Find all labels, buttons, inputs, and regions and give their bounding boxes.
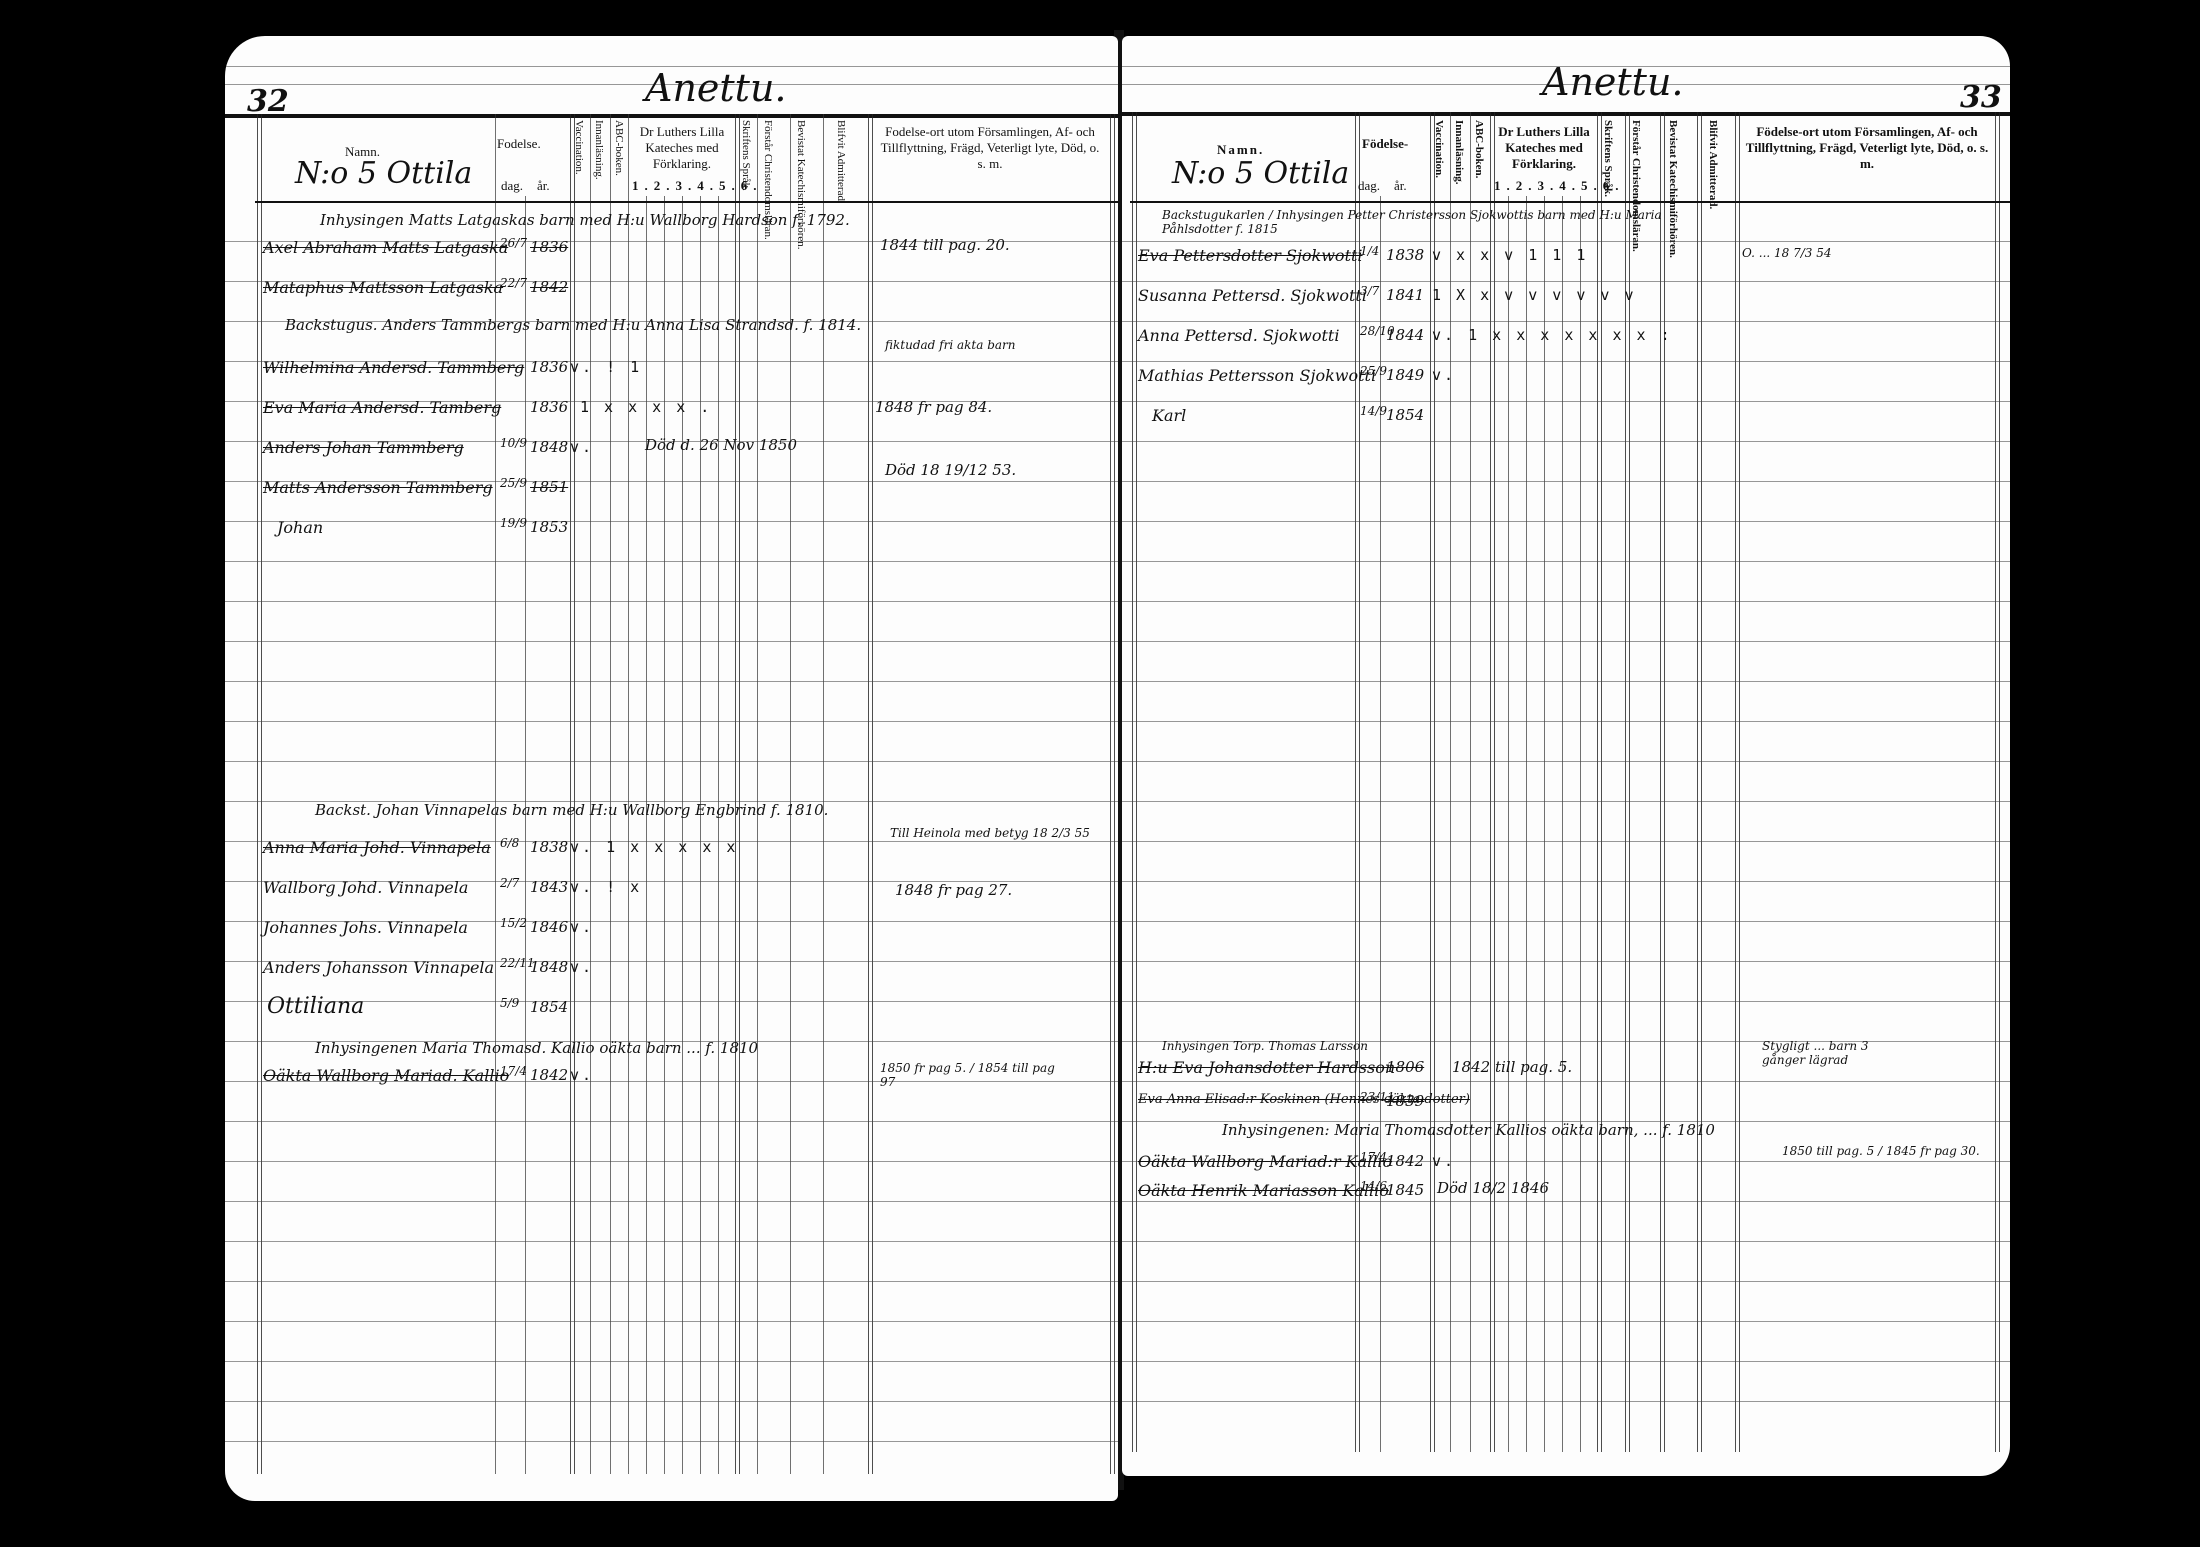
rule (225, 1161, 1118, 1162)
rule (1122, 1241, 2010, 1242)
rule (1122, 1401, 2010, 1402)
header-blifvit: Blifvit Admitterad. (835, 120, 846, 200)
col-divider (1580, 196, 1581, 1452)
parish-title: Anettu. (645, 66, 787, 110)
birth-day: 26/7 (500, 236, 527, 250)
col-divider (1544, 196, 1545, 1452)
birth-year: 1842 (530, 278, 568, 296)
exam-marks: v. ! x (570, 878, 642, 896)
rule (1122, 1081, 2010, 1082)
row-note: 1842 till pag. 5. (1452, 1058, 1572, 1076)
rule (1122, 881, 2010, 882)
col-divider (1132, 112, 1137, 1452)
rule (225, 1201, 1118, 1202)
person-name: Oäkta Wallborg Mariad:r Kallio (1138, 1152, 1392, 1171)
exam-marks: v. ! 1 (570, 358, 642, 376)
header-fodelseort: Fodelse-ort utom Församlingen, Af- och T… (875, 124, 1105, 172)
rule (1122, 1281, 2010, 1282)
household-heading: Backst. Johan Vinnapelas barn med H:u Wa… (315, 801, 828, 819)
rule (225, 721, 1118, 722)
header-skriftens: Skriftens Språk. (1602, 120, 1613, 200)
col-divider (1430, 112, 1435, 1452)
household-note: Stygligt ... barn 3 gånger lägrad (1762, 1039, 1892, 1067)
rule (225, 681, 1118, 682)
rule (1122, 681, 2010, 682)
rule (225, 1321, 1118, 1322)
col-divider (700, 196, 701, 1474)
birth-year: 1842 (530, 1066, 568, 1084)
rule (1122, 1001, 2010, 1002)
header-fodelse: Fodelse. (497, 136, 541, 152)
left-register-page: 32 Anettu. Namn. Fodelse. dag. år. Vacci… (225, 36, 1118, 1501)
row-note: Död 18 19/12 53. (885, 461, 1016, 479)
rule (1122, 561, 2010, 562)
person-name: Wallborg Johd. Vinnapela (263, 878, 468, 897)
rule (1122, 361, 2010, 362)
birth-day: 22/7 (500, 276, 527, 290)
rule (1122, 1321, 2010, 1322)
header-dag: dag. (1358, 178, 1380, 194)
col-divider (1380, 196, 1381, 1452)
header-bevistat: Bevistat Katechismiförhören. (795, 120, 806, 200)
household-heading: Backstugukarlen / Inhysingen Petter Chri… (1162, 208, 1722, 236)
rule (225, 1121, 1118, 1122)
person-name: Mathias Pettersson Sjokwotti (1138, 366, 1376, 385)
header-vaccination: Vaccination. (1433, 120, 1444, 200)
header-forstar: Förstår Christendomsläran. (762, 120, 773, 200)
header-luther: Dr Luthers Lilla Kateches med Förklaring… (1492, 124, 1596, 172)
exam-marks: v. (1432, 1152, 1456, 1170)
birth-year: 1846 (530, 918, 568, 936)
col-divider (664, 196, 665, 1474)
person-name: Susanna Pettersd. Sjokwotti (1138, 286, 1367, 305)
person-name: Oäkta Wallborg Mariad. Kallio (263, 1066, 509, 1085)
birth-year: 1845 (1386, 1181, 1424, 1199)
birth-day: 3/7 (1360, 284, 1379, 298)
person-name: Johan (277, 518, 323, 537)
birth-year: 1849 (1386, 366, 1424, 384)
header-luther: Dr Luthers Lilla Kateches med Förklaring… (630, 124, 734, 172)
person-name: Anna Maria Johd. Vinnapela (263, 838, 491, 857)
exam-marks: v. (570, 1066, 594, 1084)
header-bevistat: Bevistat Katechismiförhören. (1667, 120, 1678, 200)
parish-title: Anettu. (1542, 60, 1684, 104)
person-name: Mataphus Mattsson Latgaska (263, 278, 503, 297)
rule (225, 601, 1118, 602)
birth-year: 1848 (530, 958, 568, 976)
col-divider (1625, 112, 1630, 1452)
col-divider (1562, 196, 1563, 1452)
household-note: 1850 fr pag 5. / 1854 till pag 97 (880, 1061, 1060, 1089)
rule (225, 1281, 1118, 1282)
birth-day: 14/6 (1360, 1179, 1387, 1193)
exam-marks: v. (1432, 366, 1456, 384)
person-name: Anders Johan Tammberg (263, 438, 464, 457)
right-register-page: Anettu. 33 Namn. Födelse- dag. år. Vacci… (1122, 36, 2010, 1476)
rule (225, 1401, 1118, 1402)
col-divider (1526, 196, 1527, 1452)
birth-year: 1838 (530, 838, 568, 856)
household-note: 1850 till pag. 5 / 1845 fr pag 30. (1782, 1144, 1982, 1158)
birth-year: 1839 (1386, 1092, 1424, 1110)
birth-year: 1836 (530, 398, 568, 416)
person-name: Wilhelmina Andersd. Tammberg (263, 358, 524, 377)
exam-marks: 1 X x v v v v v v (1432, 286, 1637, 304)
row-note: Död d. 26 Nov 1850 (645, 436, 797, 454)
rule (225, 1241, 1118, 1242)
exam-marks: v. (570, 958, 594, 976)
col-divider (1355, 112, 1360, 1452)
row-note: Död 18/2 1846 (1437, 1179, 1549, 1197)
header-blifvit: Blifvit Admitterad. (1707, 120, 1718, 200)
row-note: O. ... 18 7/3 54 (1742, 246, 1832, 260)
col-divider (1660, 112, 1665, 1452)
birth-day: 25/9 (1360, 364, 1387, 378)
birth-day: 1/4 (1360, 244, 1379, 258)
rule (1122, 801, 2010, 802)
col-divider (1597, 112, 1602, 1452)
header-fodelseort: Födelse-ort utom Församlingen, Af- och T… (1742, 124, 1992, 172)
exam-marks: 1 x x x x . (580, 398, 712, 416)
rule (1122, 401, 2010, 402)
header-skriftens: Skriftens Språk. (740, 120, 751, 200)
birth-day: 17/4 (1360, 1150, 1387, 1164)
header-abc: ABC-boken. (1473, 120, 1484, 200)
household-heading: Inhysingen Matts Latgaskas barn med H:u … (320, 211, 850, 229)
header-innanlasning: Innanläsning. (593, 120, 604, 200)
exam-marks: v. 1 x x x x x (570, 838, 738, 856)
birth-year: 1851 (530, 478, 568, 496)
birth-day: 10/9 (500, 436, 527, 450)
header-abc: ABC-boken. (613, 120, 624, 200)
header-bottom-rule (1130, 201, 2010, 203)
col-divider (1110, 114, 1115, 1474)
col-divider (257, 114, 262, 1474)
rule (225, 1441, 1118, 1442)
person-name: H:u Eva Johansdotter Hardsson (1138, 1058, 1395, 1077)
page-number: 33 (1960, 80, 2002, 115)
farm-name: N:o 5 Ottila (1172, 156, 1349, 191)
rule (1122, 961, 2010, 962)
person-name: Axel Abraham Matts Latgaska (263, 238, 508, 257)
birth-year: 1806 (1386, 1058, 1424, 1076)
rule (1122, 721, 2010, 722)
rule (1122, 441, 2010, 442)
person-name: Anders Johansson Vinnapela (263, 958, 494, 977)
birth-year: 1843 (530, 878, 568, 896)
header-ar: år. (537, 178, 550, 194)
farm-name: N:o 5 Ottila (295, 156, 472, 191)
header-top-rule (225, 114, 1118, 118)
rule (1122, 281, 2010, 282)
birth-year: 1838 (1386, 246, 1424, 264)
household-heading: Inhysingenen: Maria Thomasdotter Kallios… (1222, 1121, 1715, 1139)
birth-day: 15/2 (500, 916, 527, 930)
col-divider (525, 196, 526, 1474)
birth-year: 1853 (530, 518, 568, 536)
household-note: 1844 till pag. 20. (880, 236, 1010, 254)
col-divider (1490, 112, 1495, 1452)
header-dag: dag. (501, 178, 523, 194)
birth-day: 6/8 (500, 836, 519, 850)
col-divider (646, 196, 647, 1474)
birth-year: 1841 (1386, 286, 1424, 304)
household-note: fiktudad fri akta barn (885, 338, 1016, 352)
household-heading: Backstugus. Anders Tammbergs barn med H:… (285, 316, 861, 334)
col-divider (1697, 112, 1702, 1452)
col-divider (1995, 112, 2000, 1452)
rule (1122, 641, 2010, 642)
birth-year: 1848 (530, 438, 568, 456)
birth-year: 1844 (1386, 326, 1424, 344)
rule (1122, 601, 2010, 602)
exam-marks: v. (570, 918, 594, 936)
rule (1122, 481, 2010, 482)
rule (1122, 1361, 2010, 1362)
header-bottom-rule (255, 201, 1118, 203)
rule (225, 561, 1118, 562)
header-fodelse: Födelse- (1362, 136, 1408, 152)
person-name: Anna Pettersd. Sjokwotti (1138, 326, 1339, 345)
rule (1122, 761, 2010, 762)
household-heading: Inhysingenen Maria Thomasd. Kallio oäkta… (315, 1039, 758, 1057)
col-divider (1450, 112, 1451, 1452)
exam-marks: v. 1 x x x x x x x : (1432, 326, 1673, 344)
row-note: 1848 fr pag 27. (895, 881, 1012, 899)
col-divider (682, 196, 683, 1474)
rule (225, 761, 1118, 762)
row-note: 1848 fr pag 84. (875, 398, 992, 416)
person-name: Ottiliana (267, 994, 364, 1019)
col-divider (1508, 196, 1509, 1452)
person-name: Eva Maria Andersd. Tamberg (263, 398, 501, 417)
birth-day: 2/7 (500, 876, 519, 890)
birth-year: 1836 (530, 358, 568, 376)
col-divider (718, 196, 719, 1474)
rule (1122, 921, 2010, 922)
exam-marks: v. (570, 438, 594, 456)
birth-year: 1842 (1386, 1152, 1424, 1170)
header-innanlasning: Innanläsning. (1453, 120, 1464, 200)
header-vaccination: Vaccination. (573, 120, 584, 200)
rule (1122, 1201, 2010, 1202)
col-divider (868, 114, 873, 1474)
birth-day: 25/9 (500, 476, 527, 490)
person-name: Oäkta Henrik Mariasson Kallio (1138, 1181, 1389, 1200)
rule (1122, 841, 2010, 842)
birth-year: 1854 (530, 998, 568, 1016)
birth-year: 1836 (530, 238, 568, 256)
person-name: Eva Pettersdotter Sjokwotti (1138, 246, 1363, 265)
birth-year: 1854 (1386, 406, 1424, 424)
birth-day: 5/9 (500, 996, 519, 1010)
exam-marks: v x x v 1 1 1 (1432, 246, 1588, 264)
header-forstar: Förstår Christendomsläran. (1630, 120, 1641, 200)
person-name: Johannes Johs. Vinnapela (263, 918, 468, 937)
col-divider (1470, 112, 1471, 1452)
household-heading: Inhysingen Torp. Thomas Larsson (1162, 1039, 1368, 1053)
birth-day: 14/9 (1360, 404, 1387, 418)
rule (1122, 521, 2010, 522)
header-ar: år. (1394, 178, 1407, 194)
rule (1122, 321, 2010, 322)
person-name: Matts Andersson Tammberg (263, 478, 493, 497)
household-note: Till Heinola med betyg 18 2/3 55 (890, 826, 1090, 840)
col-divider (1735, 112, 1740, 1452)
rule (225, 641, 1118, 642)
birth-day: 17/4 (500, 1064, 527, 1078)
rule (225, 1361, 1118, 1362)
header-top-rule (1122, 112, 2010, 116)
birth-day: 19/9 (500, 516, 527, 530)
rule (1122, 241, 2010, 242)
person-name: Karl (1152, 406, 1186, 425)
rule (225, 521, 1118, 522)
